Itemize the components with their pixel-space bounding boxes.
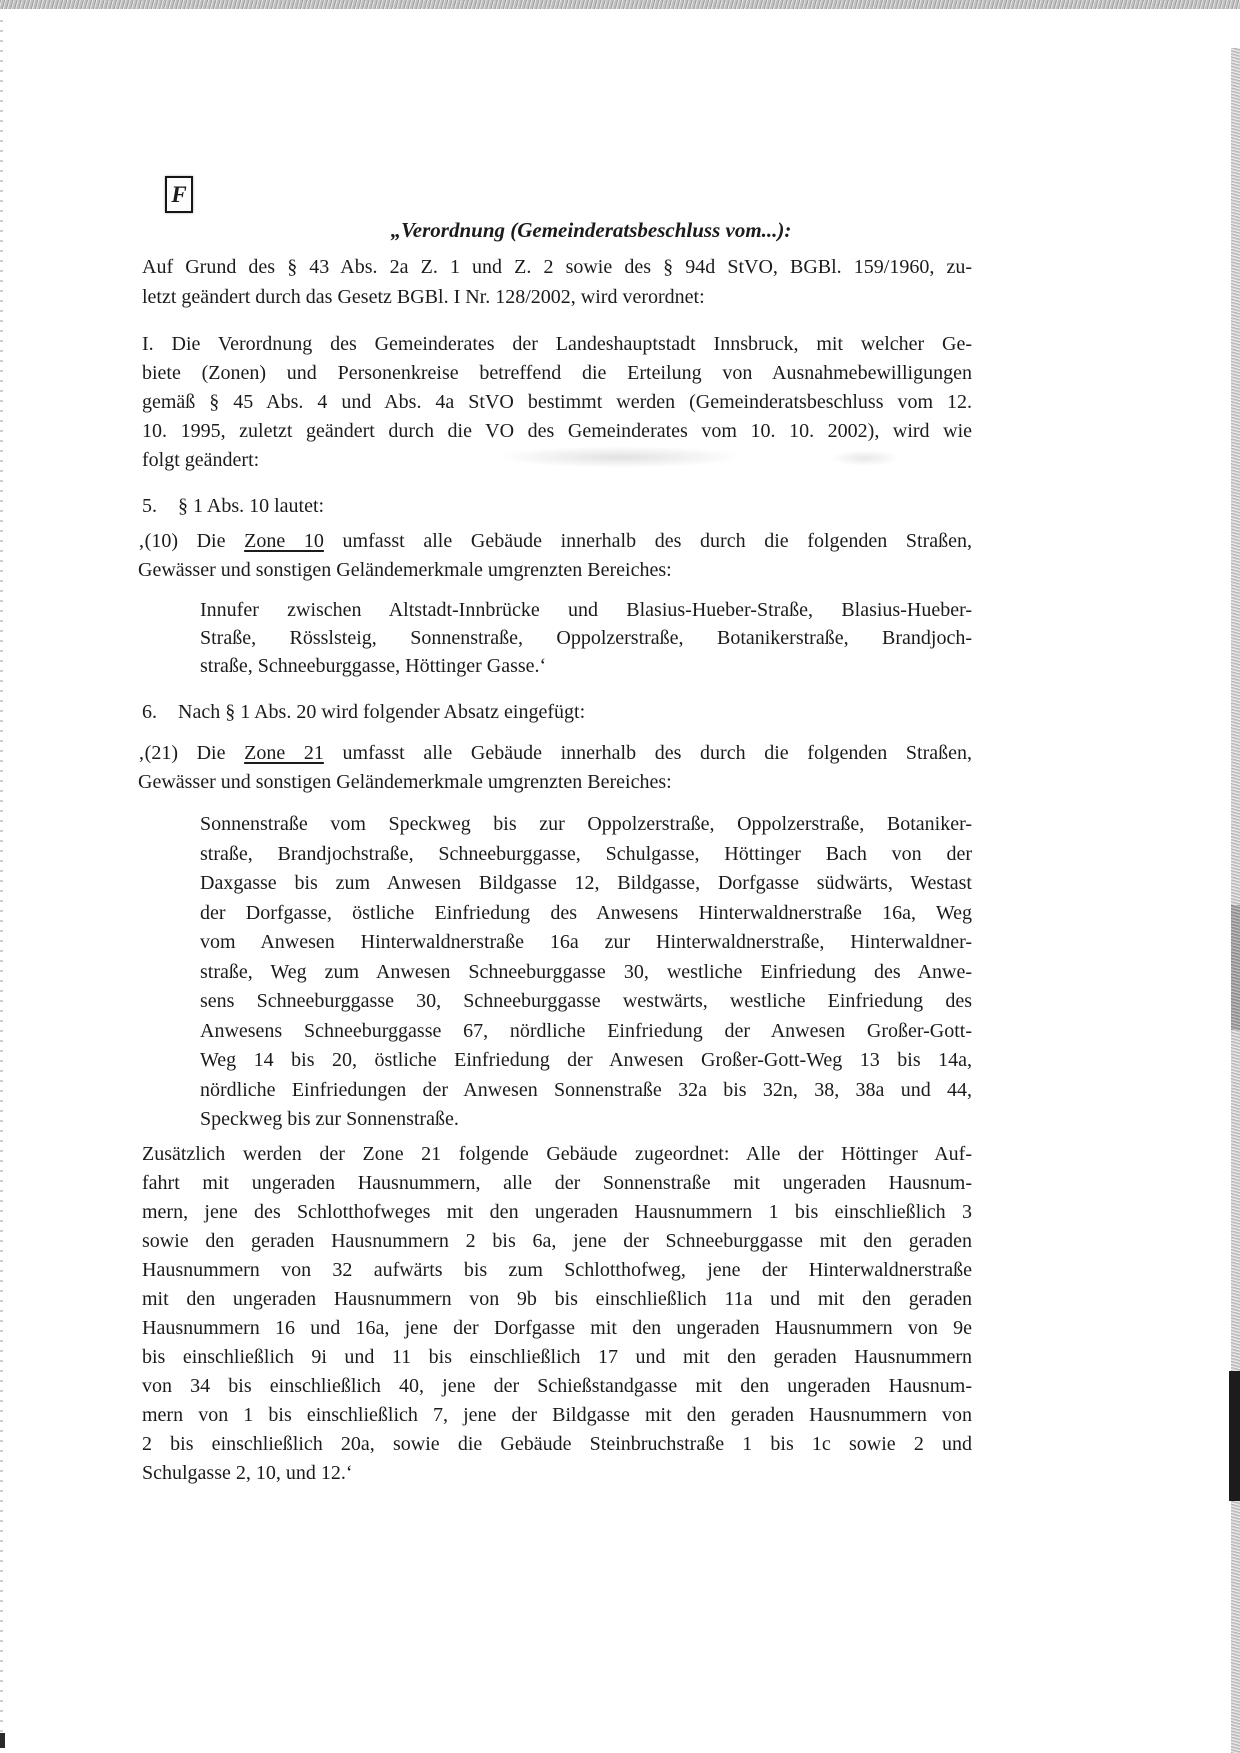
list-item-number: 5.: [142, 492, 178, 521]
zone10-boundary-block: Innufer zwischen Altstadt-Innbrücke und …: [200, 596, 972, 680]
list-item-text: Nach § 1 Abs. 20 wird folgender Absatz e…: [178, 698, 585, 727]
text-line: vom Anwesen Hinterwaldnerstraße 16a zur …: [200, 928, 972, 958]
clause-I-paragraph: I. Die Verordnung des Gemeinderates der …: [142, 330, 972, 475]
scan-noise-left-edge: [0, 12, 3, 1742]
text-line: biete (Zonen) und Personenkreise betreff…: [142, 359, 972, 388]
text-line: straße, Weg zum Anwesen Schneeburggasse …: [200, 958, 972, 988]
text-line: Gewässer und sonstigen Geländemerkmale u…: [138, 768, 972, 797]
text-line: 2 bis einschließlich 20a, sowie die Gebä…: [142, 1430, 972, 1459]
text-line: ‚(21) Die Zone 21 umfasst alle Gebäude i…: [138, 739, 972, 768]
text-line: nördliche Einfriedungen der Anwesen Sonn…: [200, 1076, 972, 1106]
text-line: mit den ungeraden Hausnummern von 9b bis…: [142, 1285, 972, 1314]
stamp-f-letter: F: [171, 182, 186, 208]
zone21-additional-paragraph: Zusätzlich werden der Zone 21 folgende G…: [142, 1140, 972, 1488]
text-line: 10. 1995, zuletzt geändert durch die VO …: [142, 417, 972, 446]
document-heading: „Verordnung (Gemeinderatsbeschluss vom..…: [176, 218, 1006, 243]
text-line: mern, jene des Schlotthofweges mit den u…: [142, 1198, 972, 1227]
list-item-6: 6.Nach § 1 Abs. 20 wird folgender Absatz…: [142, 698, 972, 727]
scan-noise-right-dark-segment: [1231, 905, 1240, 1030]
zone21-boundary-block: Sonnenstraße vom Speckweg bis zur Oppolz…: [200, 810, 972, 1135]
scan-noise-top-edge: [0, 0, 1240, 9]
text-line: Sonnenstraße vom Speckweg bis zur Oppolz…: [200, 810, 972, 840]
list-item-5: 5.§ 1 Abs. 10 lautet:: [142, 492, 972, 521]
document-page: F „Verordnung (Gemeinderatsbeschluss vom…: [0, 0, 1240, 1753]
text-line: ‚(10) Die Zone 10 umfasst alle Gebäude i…: [138, 527, 972, 556]
text-line: Innufer zwischen Altstadt-Innbrücke und …: [200, 596, 972, 624]
text-line: straße, Brandjochstraße, Schneeburggasse…: [200, 840, 972, 870]
par10-rest: umfasst alle Gebäude innerhalb des durch…: [324, 530, 972, 552]
text-line: bis einschließlich 9i und 11 bis einschl…: [142, 1343, 972, 1372]
text-line: Daxgasse bis zum Anwesen Bildgasse 12, B…: [200, 869, 972, 899]
text-line: Gewässer und sonstigen Geländemerkmale u…: [138, 556, 972, 585]
text-line: fahrt mit ungeraden Hausnummern, alle de…: [142, 1169, 972, 1198]
text-line: der Dorfgasse, östliche Einfriedung des …: [200, 899, 972, 929]
scan-noise-right-black-segment: [1229, 1371, 1240, 1501]
text-line: straße, Schneeburggasse, Höttinger Gasse…: [200, 652, 972, 680]
stamp-f-box: F: [165, 176, 193, 213]
par21-open-quote-text: ‚(21) Die: [138, 742, 244, 764]
par21-rest: umfasst alle Gebäude innerhalb des durch…: [324, 742, 972, 764]
text-line: sowie den geraden Hausnummern 2 bis 6a, …: [142, 1227, 972, 1256]
text-line: Speckweg bis zur Sonnenstraße.: [200, 1105, 972, 1135]
zone21-underlined: Zone 21: [244, 742, 324, 764]
text-line: Straße, Rösslsteig, Sonnenstraße, Oppolz…: [200, 624, 972, 652]
text-line: Auf Grund des § 43 Abs. 2a Z. 1 und Z. 2…: [142, 252, 972, 282]
list-item-number: 6.: [142, 698, 178, 727]
zone10-underlined: Zone 10: [244, 530, 324, 552]
text-line: Anwesens Schneeburggasse 67, nördliche E…: [200, 1017, 972, 1047]
paragraph-10: ‚(10) Die Zone 10 umfasst alle Gebäude i…: [138, 527, 972, 585]
text-line: letzt geändert durch das Gesetz BGBl. I …: [142, 282, 972, 312]
paragraph-21: ‚(21) Die Zone 21 umfasst alle Gebäude i…: [138, 739, 972, 797]
text-line: Hausnummern von 32 aufwärts bis zum Schl…: [142, 1256, 972, 1285]
par10-open-quote-text: ‚(10) Die: [138, 530, 244, 552]
scan-mark-bottom-left: [0, 1733, 5, 1748]
intro-paragraph: Auf Grund des § 43 Abs. 2a Z. 1 und Z. 2…: [142, 252, 972, 312]
text-line: Zusätzlich werden der Zone 21 folgende G…: [142, 1140, 972, 1169]
text-line: Weg 14 bis 20, östliche Einfriedung der …: [200, 1046, 972, 1076]
text-line: sens Schneeburggasse 30, Schneeburggasse…: [200, 987, 972, 1017]
text-line: I. Die Verordnung des Gemeinderates der …: [142, 330, 972, 359]
text-line: gemäß § 45 Abs. 4 und Abs. 4a StVO besti…: [142, 388, 972, 417]
text-line: mern von 1 bis einschließlich 7, jene de…: [142, 1401, 972, 1430]
list-item-text: § 1 Abs. 10 lautet:: [178, 492, 324, 521]
text-line: von 34 bis einschließlich 40, jene der S…: [142, 1372, 972, 1401]
text-line: Hausnummern 16 und 16a, jene der Dorfgas…: [142, 1314, 972, 1343]
text-line: folgt geändert:: [142, 446, 972, 475]
text-line: Schulgasse 2, 10, und 12.‘: [142, 1459, 972, 1488]
